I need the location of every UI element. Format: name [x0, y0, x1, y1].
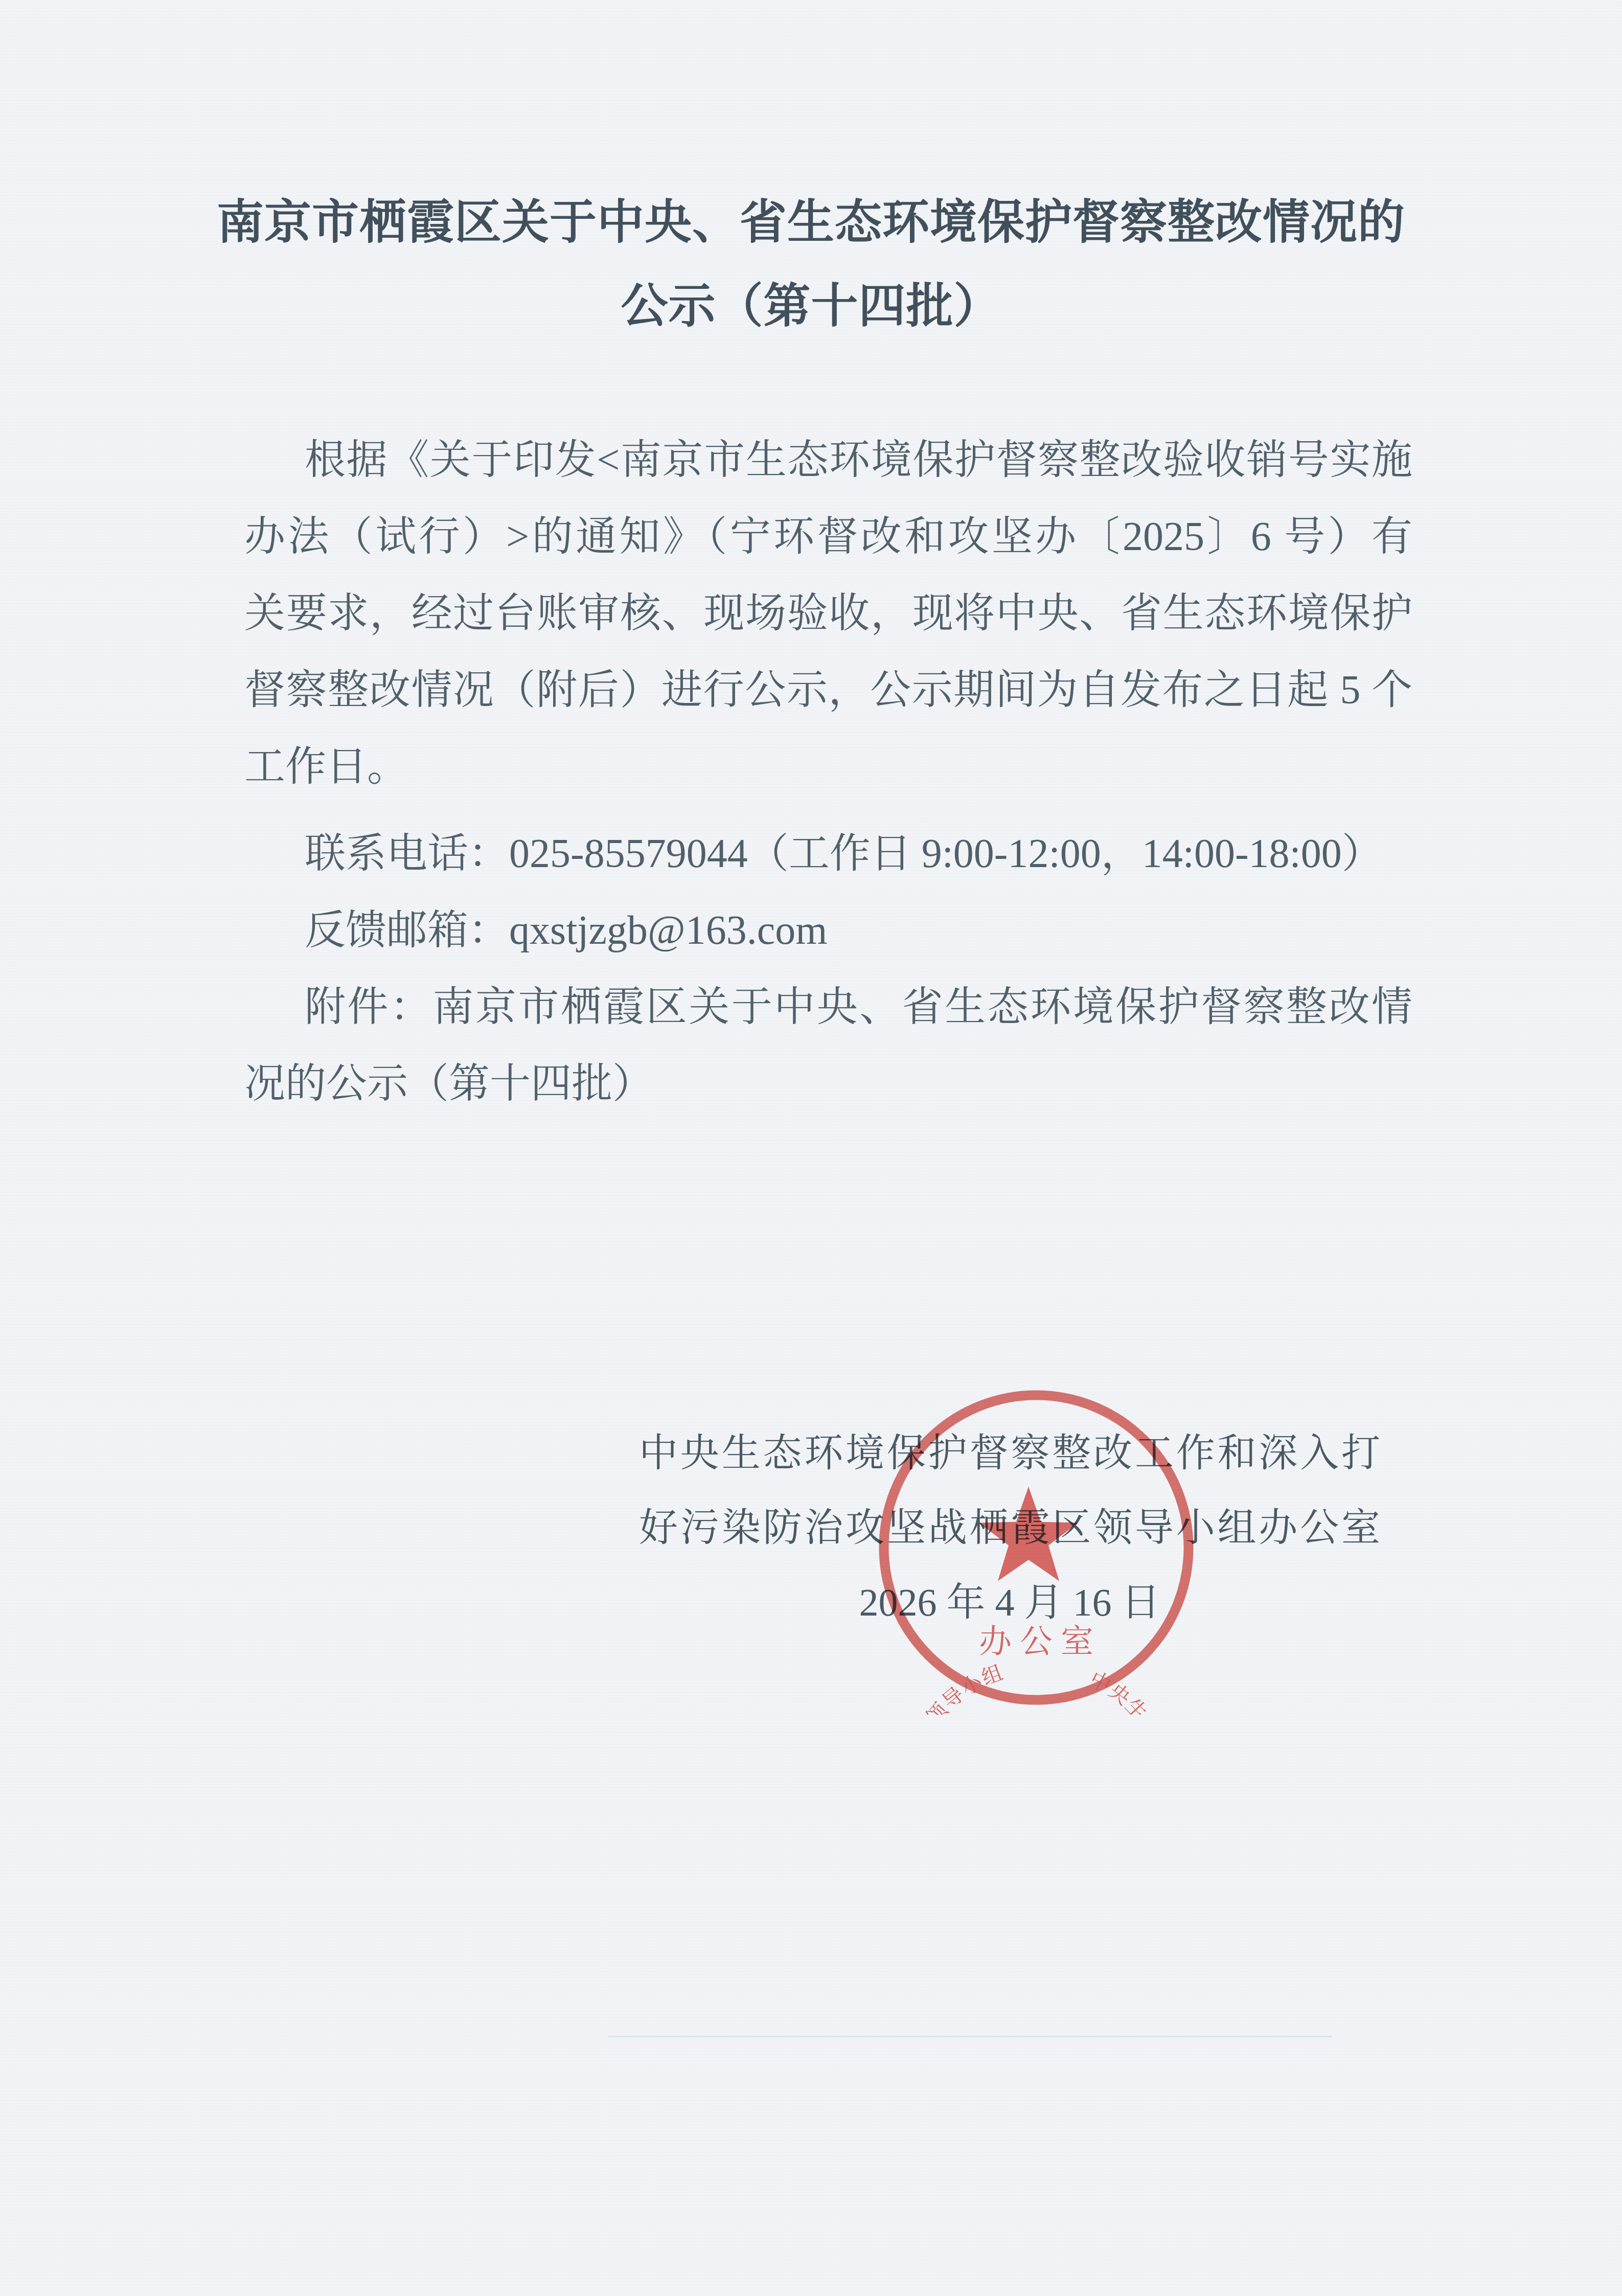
body-line: 工作日。: [244, 729, 1412, 805]
scan-artifact-line: [608, 2036, 1332, 2037]
attachment-line: 况的公示（第十四批）: [244, 1045, 1412, 1122]
body-line: 根据《关于印发<南京市生态环境保护督察整改验收销号实施: [244, 422, 1412, 498]
body-line: 关要求，经过台账审核、现场验收，现将中央、省生态环境保护: [244, 575, 1412, 652]
contact-phone-line: 联系电话：025-85579044（工作日 9:00-12:00，14:00-1…: [244, 815, 1412, 892]
document-page: 南京市栖霞区关于中央、省生态环境保护督察整改情况的 公示（第十四批） 根据《关于…: [0, 0, 1622, 2296]
feedback-email-line: 反馈邮箱：qxstjzgb@163.com: [244, 892, 1412, 969]
document-body: 根据《关于印发<南京市生态环境保护督察整改验收销号实施 办法（试行）>的通知》（…: [244, 422, 1412, 1122]
title-line-2: 公示（第十四批）: [0, 264, 1622, 348]
title-line-1: 南京市栖霞区关于中央、省生态环境保护督察整改情况的: [0, 180, 1622, 264]
official-seal-stamp: 中央生态环境保护督察整改工作和深入打好污染防治攻坚战栖霞区领导小组 办公室: [869, 1380, 1203, 1715]
stamp-office-text: 办公室: [979, 1623, 1102, 1660]
stamp-star-icon: [979, 1487, 1078, 1581]
body-line: 办法（试行）>的通知》（宁环督改和攻坚办〔2025〕6 号）有: [244, 498, 1412, 575]
attachment-line: 附件：南京市栖霞区关于中央、省生态环境保护督察整改情: [244, 969, 1412, 1045]
document-title: 南京市栖霞区关于中央、省生态环境保护督察整改情况的 公示（第十四批）: [0, 180, 1622, 348]
body-line: 督察整改情况（附后）进行公示，公示期间为自发布之日起 5 个: [244, 652, 1412, 729]
